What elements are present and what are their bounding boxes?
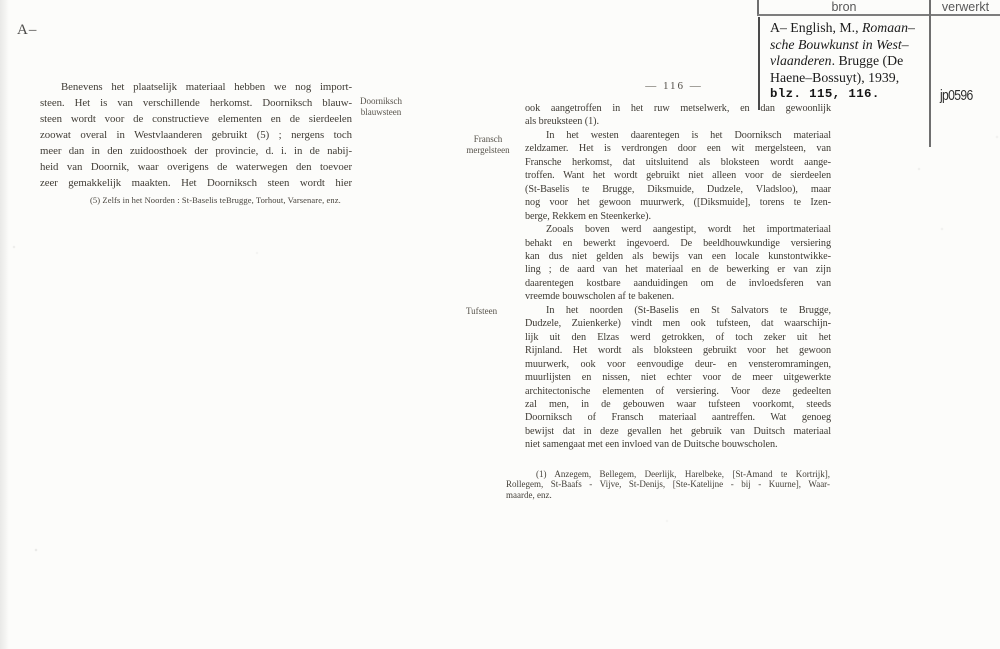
- footnote-line: maarde, enz.: [506, 490, 830, 500]
- body-line: bewijst dat in deze gevallen het gebruik…: [525, 425, 831, 438]
- right-page-footnote: (1) Anzegem, Bellegem, Deerlijk, Harelbe…: [506, 469, 830, 500]
- body-line: Benevens het plaatselijk materiaal hebbe…: [40, 79, 352, 95]
- citation-line: sche Bouwkunst in West–: [770, 37, 938, 54]
- margin-note-fransch-mergelsteen: Fransch mergelsteen: [452, 134, 524, 156]
- margin-note-tufsteen: Tufsteen: [466, 306, 516, 317]
- page-number: — 116 —: [619, 80, 729, 92]
- body-line: heid van Doornik, waar overigens de wate…: [40, 159, 352, 175]
- body-line: behakt en bewerkt ingevoerd. De beeldhou…: [525, 237, 831, 250]
- body-line: vreemde bouwscholen af te bakenen.: [525, 290, 831, 303]
- citation-text-segment: A– English, M.,: [770, 20, 862, 35]
- body-line: Zooals boven werd aangestipt, wordt het …: [525, 223, 831, 236]
- body-line: als breuksteen (1).: [525, 115, 831, 128]
- body-line: berge, Rekkem en Steenkerke).: [525, 210, 831, 223]
- body-line: niet samengaat met een invloed van de Du…: [525, 438, 831, 451]
- margin-note-line: blauwsteen: [349, 107, 413, 118]
- source-citation: A– English, M., Romaan– sche Bouwkunst i…: [770, 20, 938, 103]
- citation-card-border: [758, 17, 760, 110]
- citation-title-segment: sche Bouwkunst in West–: [770, 37, 909, 52]
- body-line: steen. Het is van verschillende herkomst…: [40, 95, 352, 111]
- body-line: ook aangetroffen in het ruw metselwerk, …: [525, 102, 831, 115]
- body-line: (St-Baselis te Brugge, Diksmuide, Dudzel…: [525, 183, 831, 196]
- body-line: ling ; de aard van het materiaal en de b…: [525, 263, 831, 276]
- citation-line: Haene–Bossuyt), 1939,: [770, 70, 938, 87]
- margin-note-line: Fransch: [452, 134, 524, 145]
- body-line: Doorniksch of Fransch materiaal aantreff…: [525, 411, 831, 424]
- bron-column-header: bron: [759, 0, 929, 14]
- scanned-source-card: A– bron verwerkt A– English, M., Romaan–…: [0, 0, 1000, 649]
- footnote-line: (1) Anzegem, Bellegem, Deerlijk, Harelbe…: [506, 469, 830, 479]
- citation-line: A– English, M., Romaan–: [770, 20, 938, 37]
- margin-note-doorniksch-blauwsteen: Doorniksch blauwsteen: [349, 96, 413, 118]
- body-line: daarentegen kostbare aanduidingen om de …: [525, 277, 831, 290]
- header-rule: [757, 14, 1000, 16]
- body-line: zeldzamer. Het is verdrongen door een wi…: [525, 142, 831, 155]
- verwerkt-column-header: verwerkt: [931, 0, 1000, 14]
- body-line: architectonische elementen of versiering…: [525, 385, 831, 398]
- body-line: In het westen daarentegen is het Doornik…: [525, 129, 831, 142]
- annotation-mark: A–: [17, 22, 37, 39]
- citation-title-segment: vlaanderen: [770, 53, 832, 68]
- body-line: steen wordt voor de constructieve elemen…: [40, 111, 352, 127]
- body-line: nog voor het gewoon muurwerk, ([Diksmuid…: [525, 196, 831, 209]
- body-line: Rijnland. Het wordt als bloksteen gebrui…: [525, 344, 831, 357]
- body-line: Dudzele, Zuienkerke) vindt men ook tufst…: [525, 317, 831, 330]
- scan-noise: [0, 0, 2, 2]
- citation-text-segment: Haene–Bossuyt), 1939,: [770, 70, 899, 85]
- body-line: Fransche herkomst, dat uitsluitend als b…: [525, 156, 831, 169]
- margin-note-line: Tufsteen: [466, 306, 516, 317]
- citation-page-reference: blz. 115, 116.: [770, 86, 938, 103]
- left-page-footnote: (5) Zelfs in het Noorden : St-Baselis te…: [90, 195, 341, 205]
- body-line: lijk uit den Elzas werd getrokken, of to…: [525, 331, 831, 344]
- footnote-line: Rollegem, St-Baafs - Vijve, St-Denijs, […: [506, 479, 830, 489]
- margin-note-line: mergelsteen: [452, 145, 524, 156]
- citation-title-segment: Romaan–: [862, 20, 915, 35]
- body-line: zoowat overal in Westvlaanderen gebruikt…: [40, 127, 352, 143]
- left-page-paragraph: Benevens het plaatselijk materiaal hebbe…: [40, 79, 352, 191]
- body-line: zeer gemakkelijk maakten. Het Doorniksch…: [40, 175, 352, 191]
- scan-edge-shadow: [0, 0, 9, 649]
- body-line: troffen. Want het wordt gebruikt niet al…: [525, 169, 831, 182]
- margin-note-line: Doorniksch: [349, 96, 413, 107]
- right-page-paragraphs: ook aangetroffen in het ruw metselwerk, …: [525, 102, 831, 452]
- body-line: zal men, in de gebouwen waar tufsteen vo…: [525, 398, 831, 411]
- body-line: muurwerk, ook voor eenvoudige deur- en v…: [525, 358, 831, 371]
- citation-text-segment: . Brugge (De: [832, 53, 904, 68]
- verwerkt-code: jp0596: [940, 88, 973, 104]
- body-line: meer dan in den zuidoosthoek der provinc…: [40, 143, 352, 159]
- body-line: kan dus niet gelden als bewijs van een l…: [525, 250, 831, 263]
- citation-line: vlaanderen. Brugge (De: [770, 53, 938, 70]
- body-line: In het noorden (St-Baselis en St Salvato…: [525, 304, 831, 317]
- body-line: muurlijsten en nissen, niet echter voor …: [525, 371, 831, 384]
